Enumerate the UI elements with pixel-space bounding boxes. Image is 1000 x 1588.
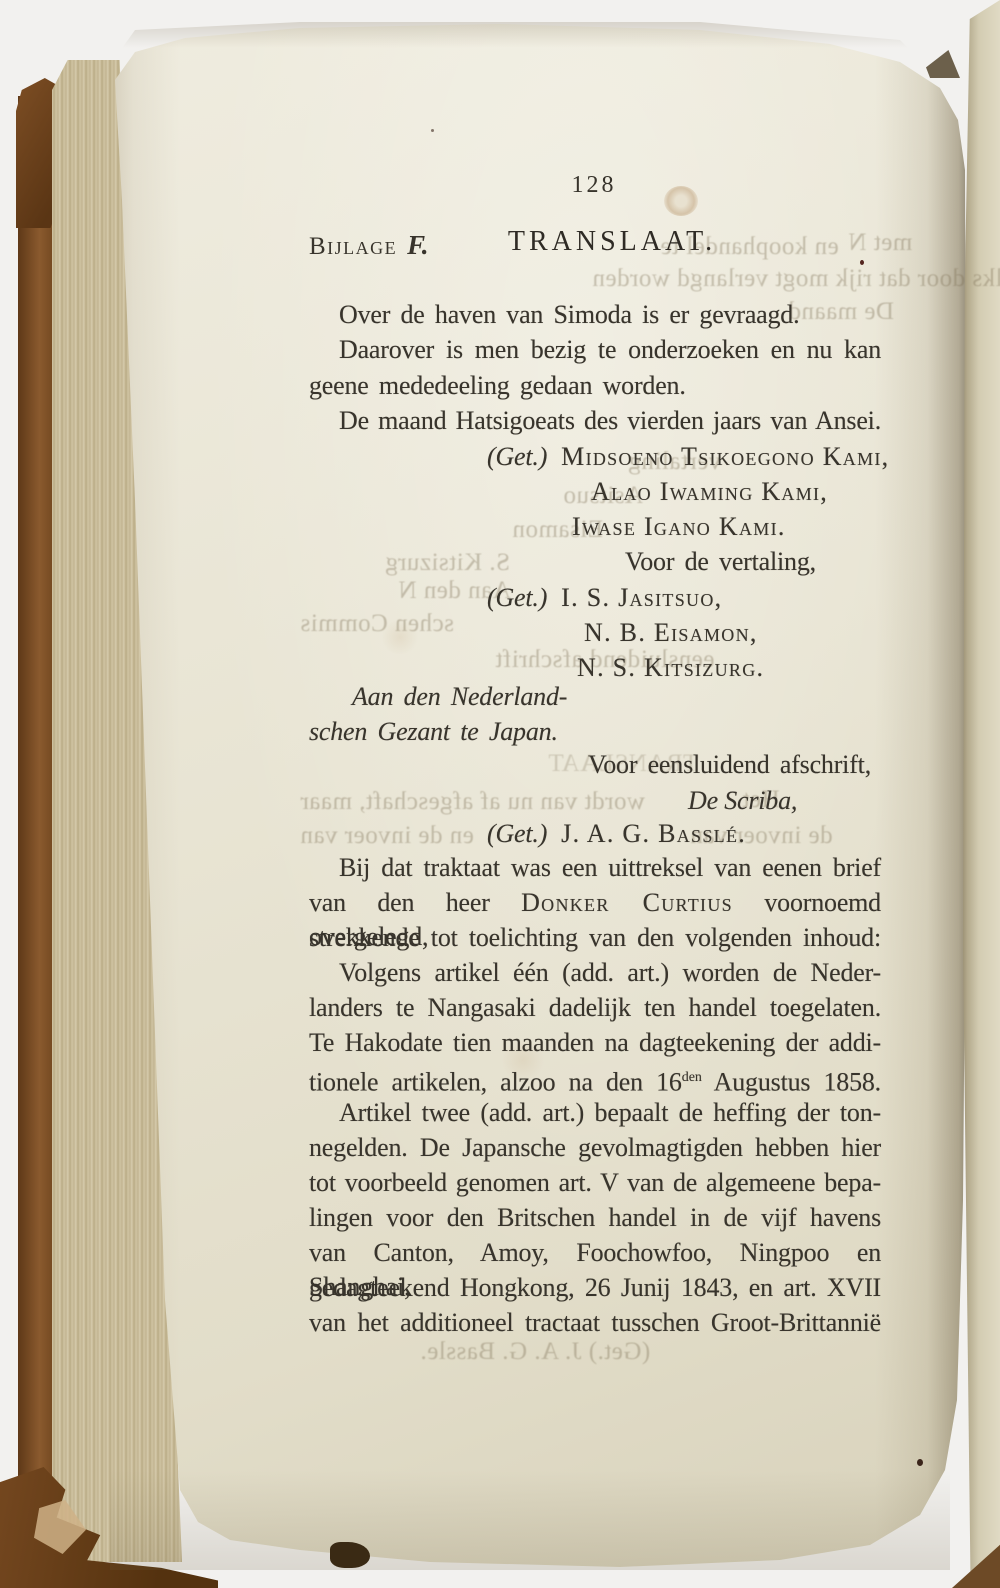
ghost-line: (Get.) J. A. G. Bassle.	[420, 1338, 650, 1366]
ink-speck	[431, 129, 434, 132]
signature-line: N. S. Kitsizurg.	[563, 651, 764, 685]
body-line: strekkende tot toelichting van den volge…	[309, 921, 881, 955]
body-line: Volgens artikel één (add. art.) worden d…	[309, 956, 881, 990]
signatory-name: J. A. G. Basslé.	[561, 819, 746, 848]
signatory-name: Alao Iwaming Kami,	[591, 477, 828, 506]
body-line: tionele artikelen, alzoo na den 16den Au…	[309, 1061, 881, 1100]
ghost-line: wordt van nu af afgeschaft, maar	[300, 788, 645, 816]
ghost-line: S. Kitsizurg	[385, 549, 510, 577]
get-label: (Get.)	[487, 442, 547, 471]
gutter-shadow-notch	[926, 50, 960, 78]
body-line: Artikel twee (add. art.) bepaalt de heff…	[309, 1096, 881, 1130]
line-segment: van den heer	[309, 888, 521, 917]
signature-line: Alao Iwaming Kami,	[577, 475, 828, 509]
page-edge-tear	[330, 1542, 370, 1568]
signature-line: N. B. Eisamon,	[570, 616, 758, 650]
body-line: Bij dat traktaat was een uittreksel van …	[309, 851, 881, 885]
address-line: schen Gezant te Japan.	[309, 715, 558, 749]
attestation-line: Voor eensluidend afschrift,	[588, 748, 871, 782]
body-line: lingen voor den Britschen handel in de v…	[309, 1201, 881, 1235]
person-name: Donker Curtius	[521, 888, 733, 917]
page-number: 128	[309, 172, 879, 199]
body-line: tot voorbeeld genomen art. V van de alge…	[309, 1166, 881, 1200]
line-segment: tionele artikelen, alzoo na den 16	[309, 1068, 682, 1097]
body-line: De maand Hatsigoeats des vierden jaars v…	[309, 404, 881, 438]
ink-speck	[917, 1459, 923, 1466]
scriba-line: De Scriba,	[688, 784, 797, 818]
superscript: den	[682, 1070, 702, 1085]
signatory-name: Iwase Igano Kami.	[572, 512, 786, 541]
get-label: (Get.)	[487, 583, 547, 612]
ghost-line: dien zulks door dat rijk mogt verlangd w…	[592, 265, 1000, 293]
book-photograph: en koophandel te met N dien zulks door d…	[0, 0, 1000, 1588]
address-line: Aan den Nederland-	[352, 680, 567, 714]
get-label: (Get.)	[487, 819, 547, 848]
body-line: gedagteekend Hongkong, 26 Junij 1843, en…	[309, 1271, 881, 1305]
signatory-name: I. S. Jasitsuo,	[561, 583, 722, 612]
signature-line: Iwase Igano Kami.	[558, 510, 786, 544]
attestation-line: Voor de vertaling,	[625, 545, 816, 579]
signatory-name: Midsoeno Tsikoegono Kami,	[561, 442, 889, 471]
signatory-name: N. B. Eisamon,	[584, 618, 758, 647]
ghost-line: en de invoer van	[300, 822, 474, 850]
signatory-name: N. S. Kitsizurg.	[577, 653, 764, 682]
body-line: Te Hakodate tien maanden na dagteekening…	[309, 1026, 881, 1060]
ghost-line: schen Commis	[300, 610, 454, 638]
signature-line: (Get.)Midsoeno Tsikoegono Kami,	[487, 440, 889, 474]
body-line: landers te Nangasaki dadelijk ten handel…	[309, 991, 881, 1025]
signature-line: (Get.)I. S. Jasitsuo,	[487, 581, 722, 615]
page-title: TRANSLAAT.	[327, 226, 897, 258]
body-line: Daarover is men bezig te onderzoeken en …	[309, 333, 881, 367]
body-line: negelden. De Japansche gevolmagtigden he…	[309, 1131, 881, 1165]
signature-line: (Get.)J. A. G. Basslé.	[487, 817, 746, 851]
body-line: geene mededeeling gedaan worden.	[309, 369, 881, 403]
body-line: Over de haven van Simoda is er gevraagd.	[309, 298, 881, 332]
body-line: van het additioneel tractaat tusschen Gr…	[309, 1306, 881, 1340]
line-segment: Augustus 1858.	[702, 1068, 881, 1097]
